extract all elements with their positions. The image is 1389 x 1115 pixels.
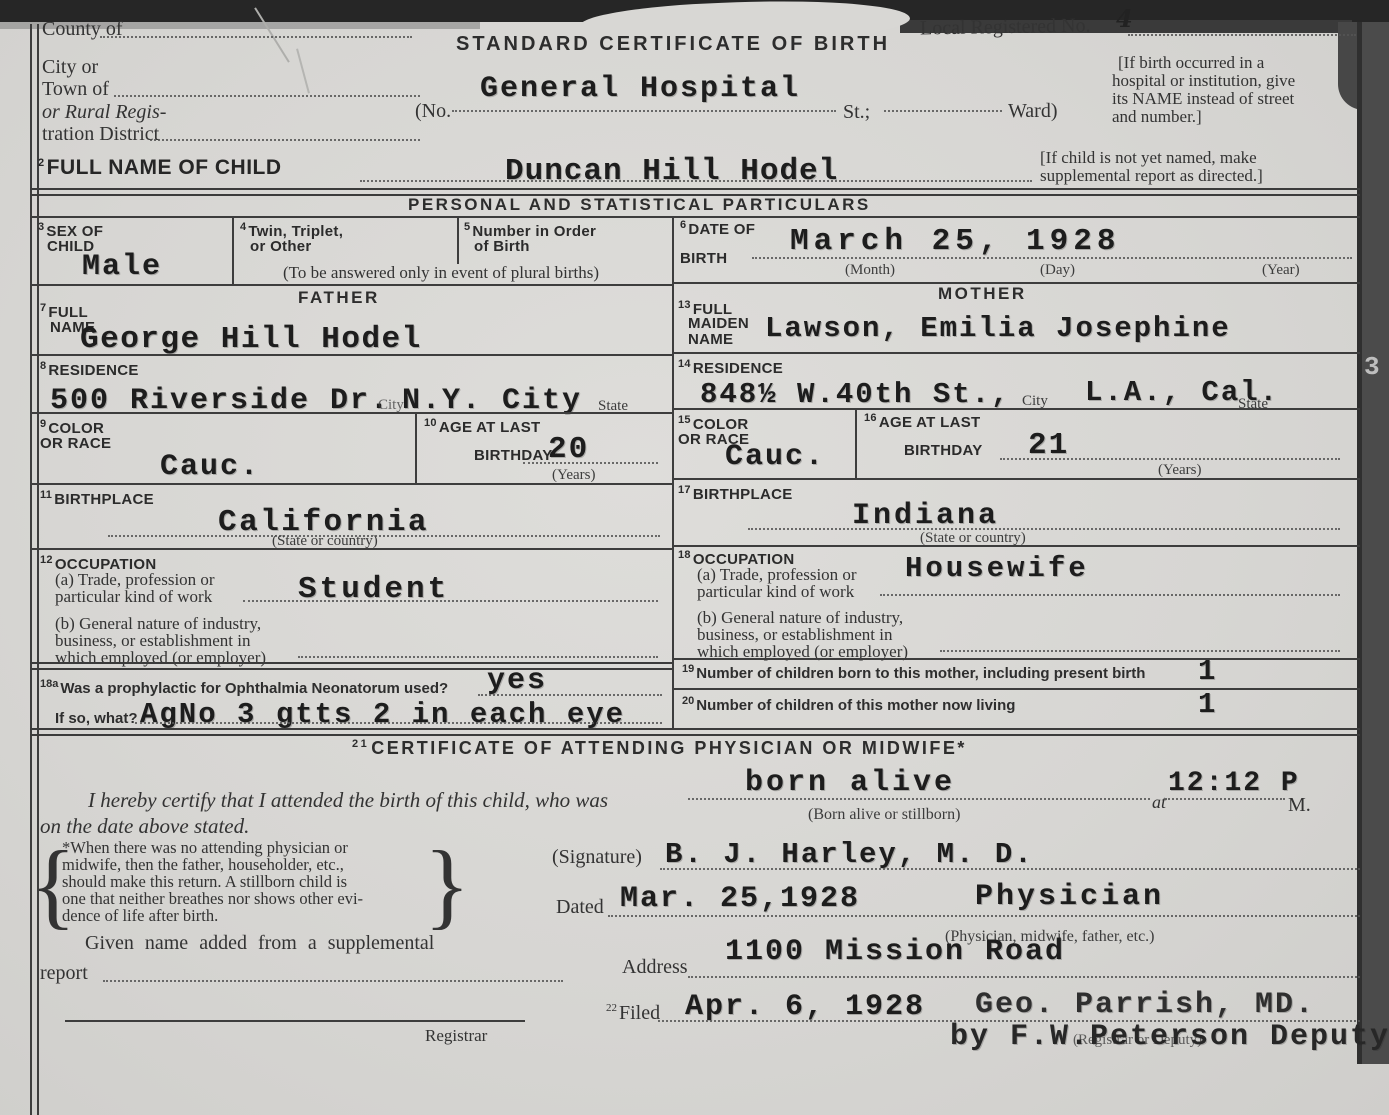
column-divider <box>855 408 857 478</box>
plural-births-note: (To be answered only in event of plural … <box>283 263 599 283</box>
full-name-of-child-label: 2FULL NAME OF CHILD <box>38 156 282 180</box>
prophylactic-what-value: AgNo 3 gtts 2 in each eye <box>140 698 625 731</box>
date-of-birth-label-1: 6DATE OF <box>680 219 755 238</box>
physician-note-line-5: dence of life after birth. <box>62 906 218 926</box>
field-number: 20 <box>682 695 694 707</box>
section-band-title: PERSONAL AND STATISTICAL PARTICULARS <box>408 195 871 215</box>
field-number: 16 <box>864 412 877 424</box>
mother-residence-street-value: 848½ W.40th St., <box>700 378 1010 411</box>
unnamed-note-line-1: [If child is not yet named, make <box>1040 148 1257 168</box>
birthplace-fill-line <box>108 535 660 537</box>
age-fill-line <box>523 462 658 464</box>
father-residence-label-text: RESIDENCE <box>48 362 138 379</box>
occupation-b-fill-line <box>940 650 1340 652</box>
unnamed-note-line-2: supplemental report as directed.] <box>1040 166 1263 186</box>
children-born-label: 19Number of children born to this mother… <box>682 663 1145 682</box>
row-rule <box>672 545 1360 547</box>
row-rule <box>672 688 1360 690</box>
order-of-birth-label-2: of Birth <box>474 238 530 255</box>
ward-label: Ward) <box>1008 100 1057 123</box>
meridiem-label: M. <box>1288 794 1311 817</box>
age-fill-line <box>1000 458 1340 460</box>
dated-value: Mar. 25,1928 <box>620 882 860 916</box>
st-label: St.; <box>843 101 870 124</box>
signature-value: B. J. Harley, M. D. <box>665 838 1034 871</box>
mother-name-label-2: MAIDEN <box>688 315 749 332</box>
field-number: 13 <box>678 299 691 311</box>
field-number: 9 <box>40 418 46 430</box>
mother-residence-label: 14RESIDENCE <box>678 358 783 377</box>
mother-section-header: MOTHER <box>938 284 1027 304</box>
born-alive-sublabel: (Born alive or stillborn) <box>808 806 960 824</box>
edge-artifact-digit: 3 <box>1364 352 1380 382</box>
field-number: 17 <box>678 484 691 496</box>
filed-by-value: Geo. Parrish, MD. <box>975 988 1315 1022</box>
born-alive-value: born alive <box>745 766 955 800</box>
town-of-label: Town of <box>42 78 109 101</box>
row-rule <box>672 658 1360 660</box>
row-rule <box>30 412 672 414</box>
field-number: 22 <box>606 1002 617 1014</box>
column-divider <box>457 218 459 264</box>
birth-certificate-scan: 3 County of Local Registered No. 4 STAND… <box>0 0 1389 1115</box>
children-living-label: 20Number of children of this mother now … <box>682 695 1015 714</box>
father-occupation-a2: particular kind of work <box>55 587 212 607</box>
mother-residence-label-text: RESIDENCE <box>693 360 783 377</box>
date-of-birth-value: March 25, 1928 <box>790 224 1120 259</box>
occupation-a-fill-line <box>243 600 658 602</box>
field-number: 3 <box>38 221 44 233</box>
row-rule <box>672 478 1360 480</box>
field-number: 21 <box>352 738 369 750</box>
time-fill-line <box>1165 798 1285 800</box>
field-number: 19 <box>682 663 694 675</box>
certify-statement-line-1: I hereby certify that I attended the bir… <box>88 788 608 813</box>
row-rule <box>30 548 672 550</box>
field-number: 10 <box>424 417 437 429</box>
field-number: 11 <box>40 489 52 501</box>
field-number: 7 <box>40 302 46 314</box>
occupation-b-fill-line <box>298 656 658 658</box>
row-rule <box>672 352 1360 354</box>
time-of-birth-value: 12:12 P <box>1168 768 1300 799</box>
row-rule <box>30 483 672 485</box>
year-sublabel: (Year) <box>1262 262 1300 279</box>
field-number: 18a <box>40 678 58 690</box>
father-age-label-text: AGE AT LAST <box>439 419 541 436</box>
years-sublabel: (Years) <box>552 467 595 484</box>
no-paren-label: (No. <box>415 100 451 123</box>
registrar-signature-line <box>65 1020 525 1022</box>
mother-occupation-a2: particular kind of work <box>697 582 854 602</box>
mother-birthplace-label-text: BIRTHPLACE <box>693 486 793 503</box>
supplemental-report-label: report <box>40 962 88 985</box>
field-number: 6 <box>680 219 686 231</box>
scan-crack-mark <box>296 49 310 94</box>
field-number: 15 <box>678 414 691 426</box>
mother-name-value: Lawson, Emilia Josephine <box>765 312 1231 345</box>
filed-date-value: Apr. 6, 1928 <box>685 990 925 1024</box>
county-fill-line <box>100 36 412 38</box>
prophylactic-what-fill-line <box>135 722 662 724</box>
local-registered-fill-line <box>1128 34 1356 36</box>
address-fill-line <box>688 976 1360 978</box>
father-birthplace-label: 11BIRTHPLACE <box>40 489 154 508</box>
twin-triplet-label-2: or Other <box>250 238 312 255</box>
month-sublabel: (Month) <box>845 262 895 279</box>
hospital-note-line-1: [If birth occurred in a <box>1118 53 1264 73</box>
date-of-birth-label-2: BIRTH <box>680 250 727 267</box>
local-registered-number: 4 <box>1116 4 1133 33</box>
father-color-value: Cauc. <box>160 450 260 484</box>
city-or-label: City or <box>42 56 98 79</box>
field-number: 8 <box>40 360 46 372</box>
prophylactic-fill-line <box>478 694 662 696</box>
row-rule-double <box>30 662 672 670</box>
father-color-label-2: OR RACE <box>40 435 111 452</box>
district-fill-line <box>150 139 420 141</box>
field-number: 14 <box>678 358 691 370</box>
sex-value: Male <box>82 250 162 284</box>
dated-fill-line <box>608 915 1360 917</box>
father-residence-label: 8RESIDENCE <box>40 360 139 379</box>
mother-age-label-text: AGE AT LAST <box>879 414 981 431</box>
field-number: 5 <box>464 221 470 233</box>
town-fill-line <box>114 95 420 97</box>
dated-label: Dated <box>556 896 604 919</box>
signature-fill-line <box>660 868 1360 870</box>
row-rule <box>30 354 672 356</box>
mother-age-label-2: BIRTHDAY <box>904 442 983 459</box>
attendant-role-value: Physician <box>975 880 1164 914</box>
father-section-header: FATHER <box>298 288 380 308</box>
hospital-note-line-4: and number.] <box>1112 107 1202 127</box>
deputy-signature-value: by F.W.Peterson Deputy <box>950 1020 1389 1054</box>
children-living-label-text: Number of children of this mother now li… <box>696 697 1015 714</box>
field-number: 4 <box>240 221 246 233</box>
years-sublabel: (Years) <box>1158 462 1201 479</box>
center-column-divider <box>672 216 674 730</box>
children-born-value: 1 <box>1198 655 1217 688</box>
if-so-what-label: If so, what? <box>55 710 138 727</box>
section-rule-bottom <box>30 216 1360 218</box>
registrar-label: Registrar <box>425 1026 487 1046</box>
field-number: 12 <box>40 554 53 566</box>
section-rule-bottom <box>30 728 1360 736</box>
row-rule <box>672 408 1360 410</box>
filed-label: 22Filed <box>606 1002 660 1025</box>
occupation-a-fill-line <box>880 594 1340 596</box>
local-registered-label: Local Registered No. <box>920 15 1091 41</box>
signature-label: (Signature) <box>552 846 642 869</box>
full-name-of-child-text: FULL NAME OF CHILD <box>47 156 282 179</box>
dob-label-text: DATE OF <box>688 221 755 238</box>
address-label: Address <box>622 956 688 979</box>
child-name-value: Duncan Hill Hodel <box>505 154 838 189</box>
dob-fill-line <box>752 257 1352 259</box>
prophylactic-question-text: Was a prophylactic for Ophthalmia Neonat… <box>60 680 448 697</box>
born-alive-fill-line <box>688 798 1150 800</box>
mother-color-value: Cauc. <box>725 440 825 474</box>
rural-registration-label-2: tration District <box>42 123 159 146</box>
prophylactic-question: 18aWas a prophylactic for Ophthalmia Neo… <box>40 678 448 697</box>
hospital-note-line-2: hospital or institution, give <box>1112 71 1295 91</box>
address-value: 1100 Mission Road <box>725 935 1065 969</box>
note-brace-right: } <box>424 840 470 930</box>
at-label: at <box>1152 792 1166 813</box>
ward-fill-line <box>884 110 1002 112</box>
street-number-fill-line <box>452 110 836 112</box>
children-born-label-text: Number of children born to this mother, … <box>696 665 1145 682</box>
prophylactic-answer-value: yes <box>487 664 547 698</box>
supplemental-line-1: Given name added from a supplemental <box>85 932 434 955</box>
field-number: 2 <box>38 157 45 169</box>
mother-age-label-1: 16AGE AT LAST <box>864 412 980 431</box>
scan-right-band <box>1362 22 1389 1064</box>
physician-section-header: 21CERTIFICATE OF ATTENDING PHYSICIAN OR … <box>352 738 967 759</box>
mother-occupation-value: Housewife <box>905 552 1089 585</box>
field-number: 18 <box>678 549 691 561</box>
supplemental-fill-line <box>103 980 563 982</box>
father-birthplace-label-text: BIRTHPLACE <box>54 491 154 508</box>
birthplace-fill-line <box>748 528 1340 530</box>
mother-birthplace-label: 17BIRTHPLACE <box>678 484 793 503</box>
children-living-value: 1 <box>1198 688 1217 721</box>
birthplace-institution-value: General Hospital <box>480 72 800 106</box>
row-rule <box>30 284 672 286</box>
mother-name-label-3: NAME <box>688 331 733 348</box>
column-divider <box>415 412 417 483</box>
residence-state-sublabel: State <box>1238 396 1268 413</box>
father-age-label-1: 10AGE AT LAST <box>424 417 540 436</box>
day-sublabel: (Day) <box>1040 262 1075 279</box>
certificate-title: STANDARD CERTIFICATE OF BIRTH <box>456 33 890 56</box>
physician-header-text: CERTIFICATE OF ATTENDING PHYSICIAN OR MI… <box>371 738 967 758</box>
column-divider <box>232 218 234 284</box>
father-name-value: George Hill Hodel <box>80 322 422 357</box>
rural-registration-label-1: or Rural Regis- <box>42 101 166 124</box>
hospital-note-line-3: its NAME instead of street <box>1112 89 1294 109</box>
filed-label-text: Filed <box>619 1002 660 1024</box>
